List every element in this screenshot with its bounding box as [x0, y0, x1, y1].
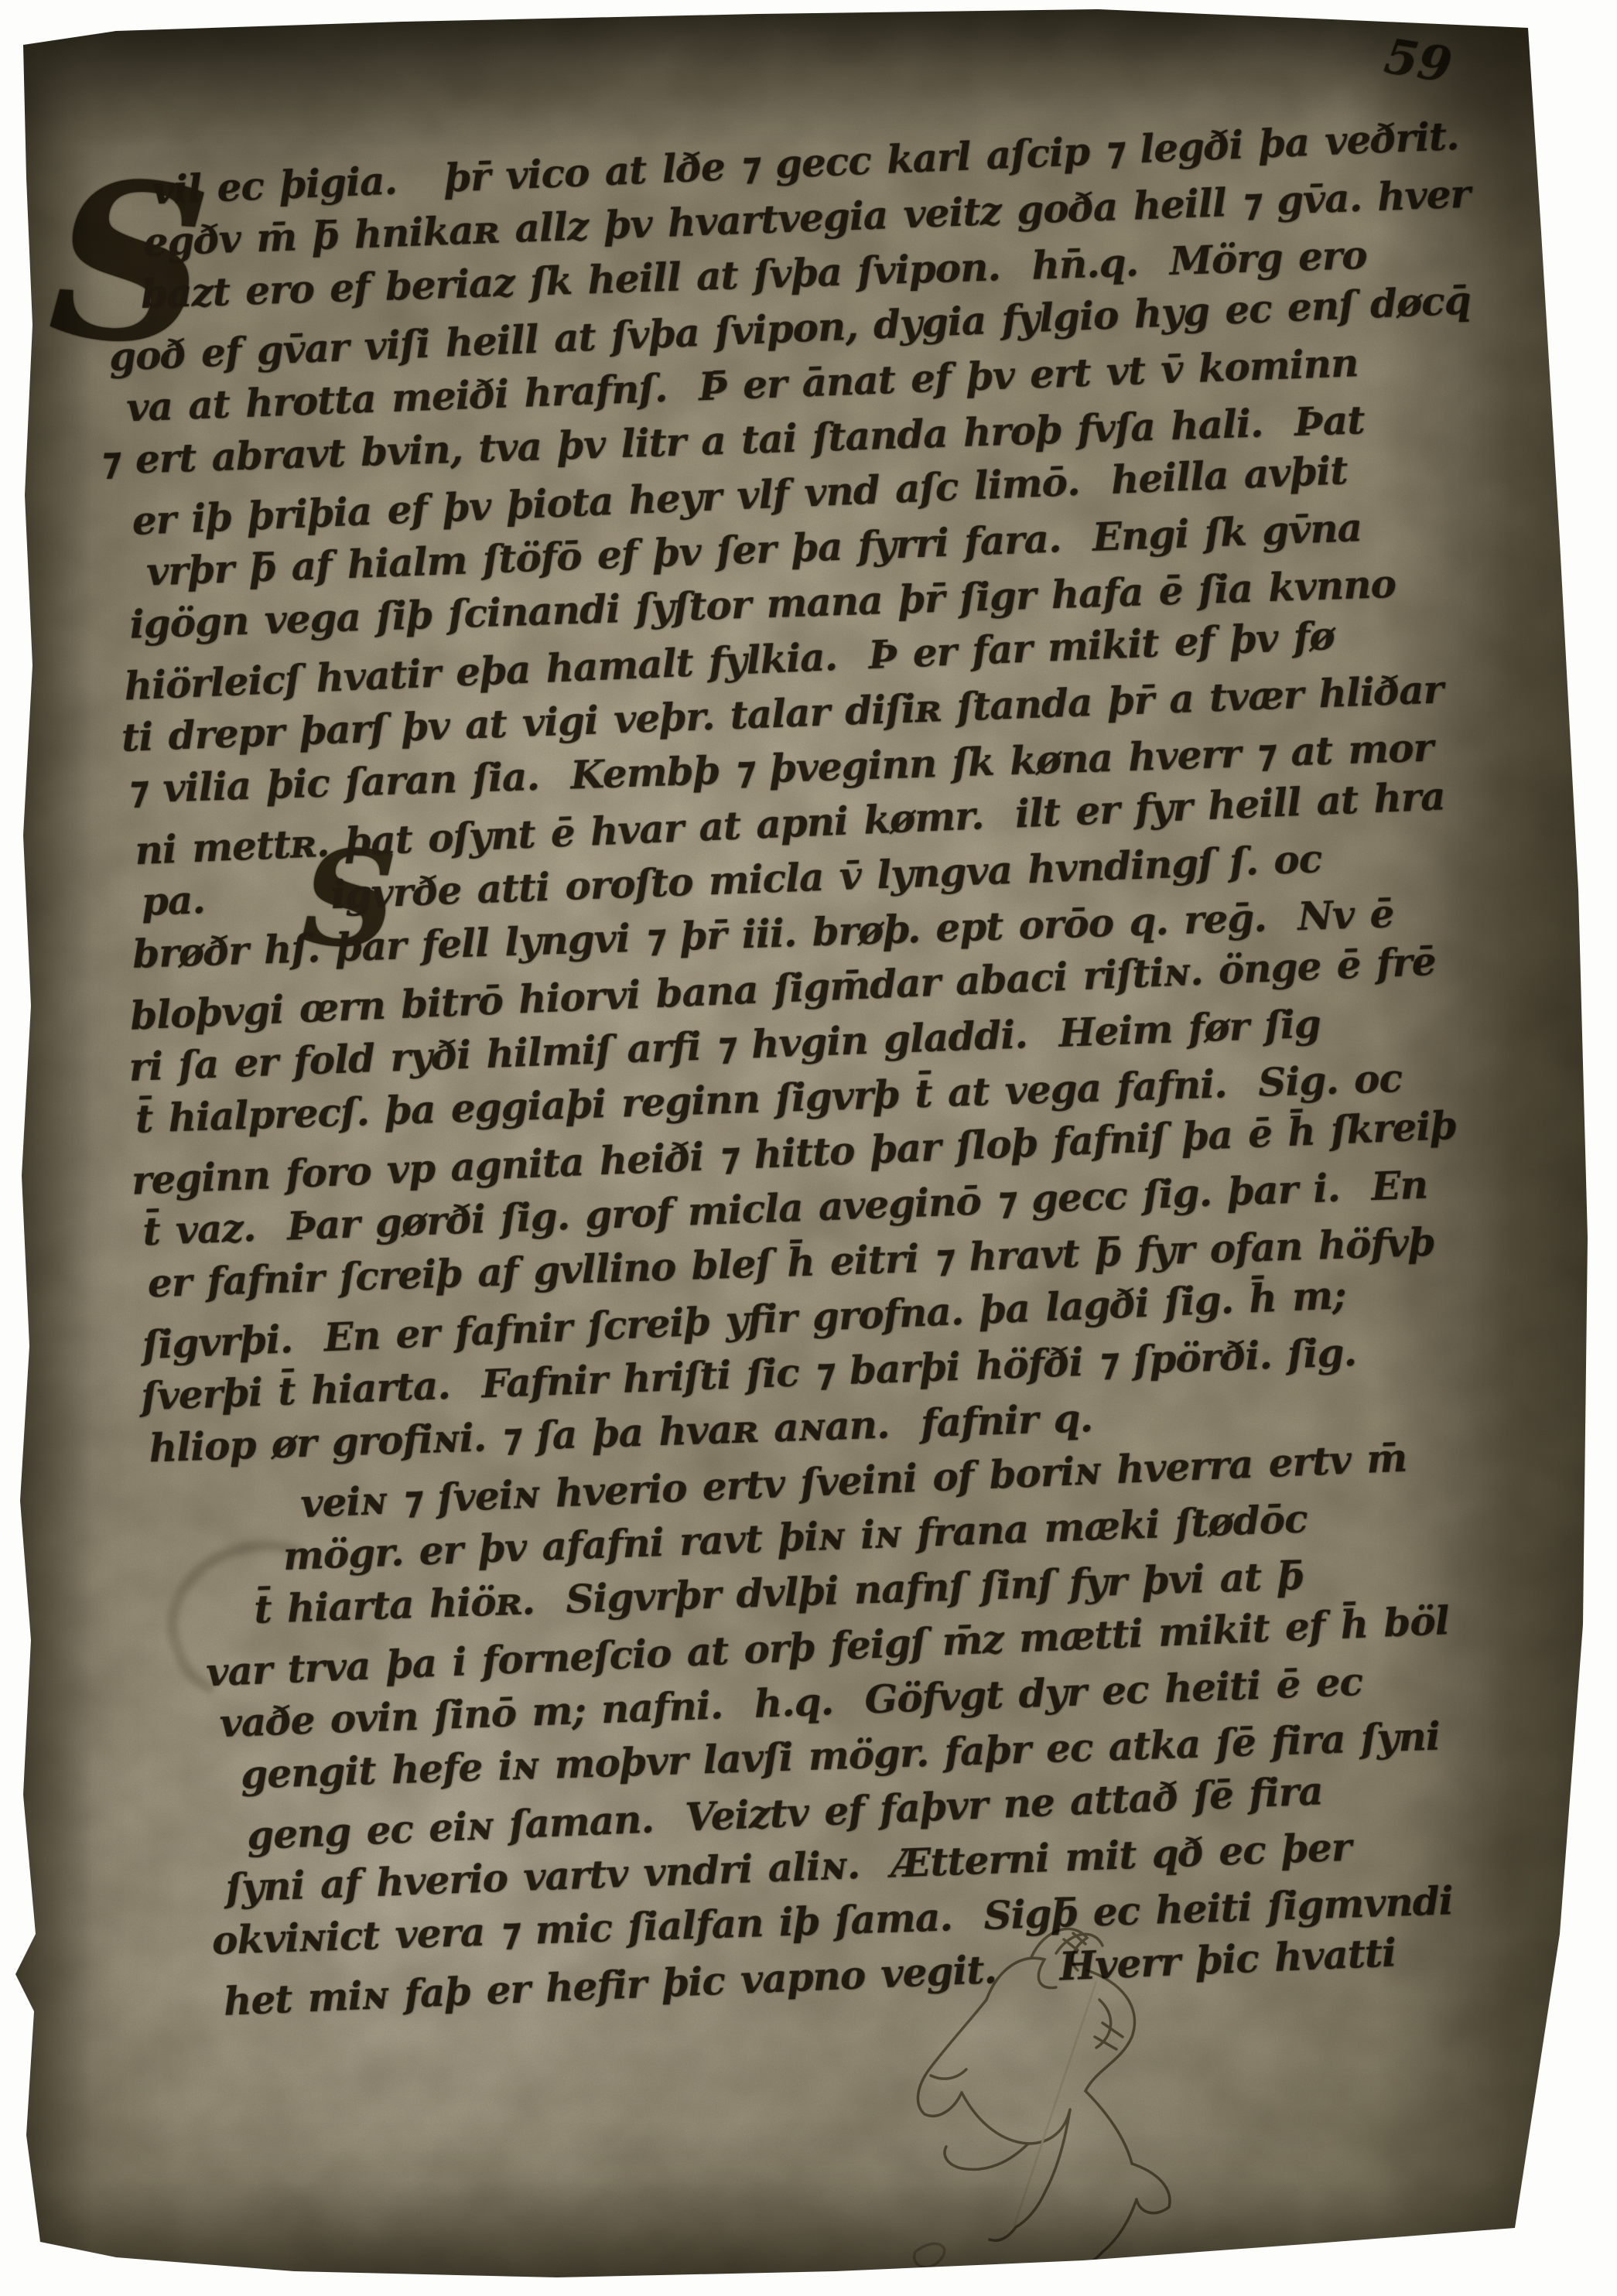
parchment-page: 59 S S vil ec þigia. þr̄ vico at lðe ⁊ g… — [0, 0, 1617, 2296]
shadow-overlay-bottom — [0, 2180, 1617, 2296]
scan-background: 59 S S vil ec þigia. þr̄ vico at lðe ⁊ g… — [0, 0, 1617, 2296]
folio-number: 59 — [1381, 28, 1456, 94]
horse-doodle-drawing — [870, 1907, 1288, 2286]
text-block: S S vil ec þigia. þr̄ vico at lðe ⁊ gecc… — [85, 111, 1555, 2079]
scratch-mark — [1014, 1981, 1096, 2226]
manuscript-lines: vil ec þigia. þr̄ vico at lðe ⁊ gecc kar… — [85, 111, 1553, 2028]
